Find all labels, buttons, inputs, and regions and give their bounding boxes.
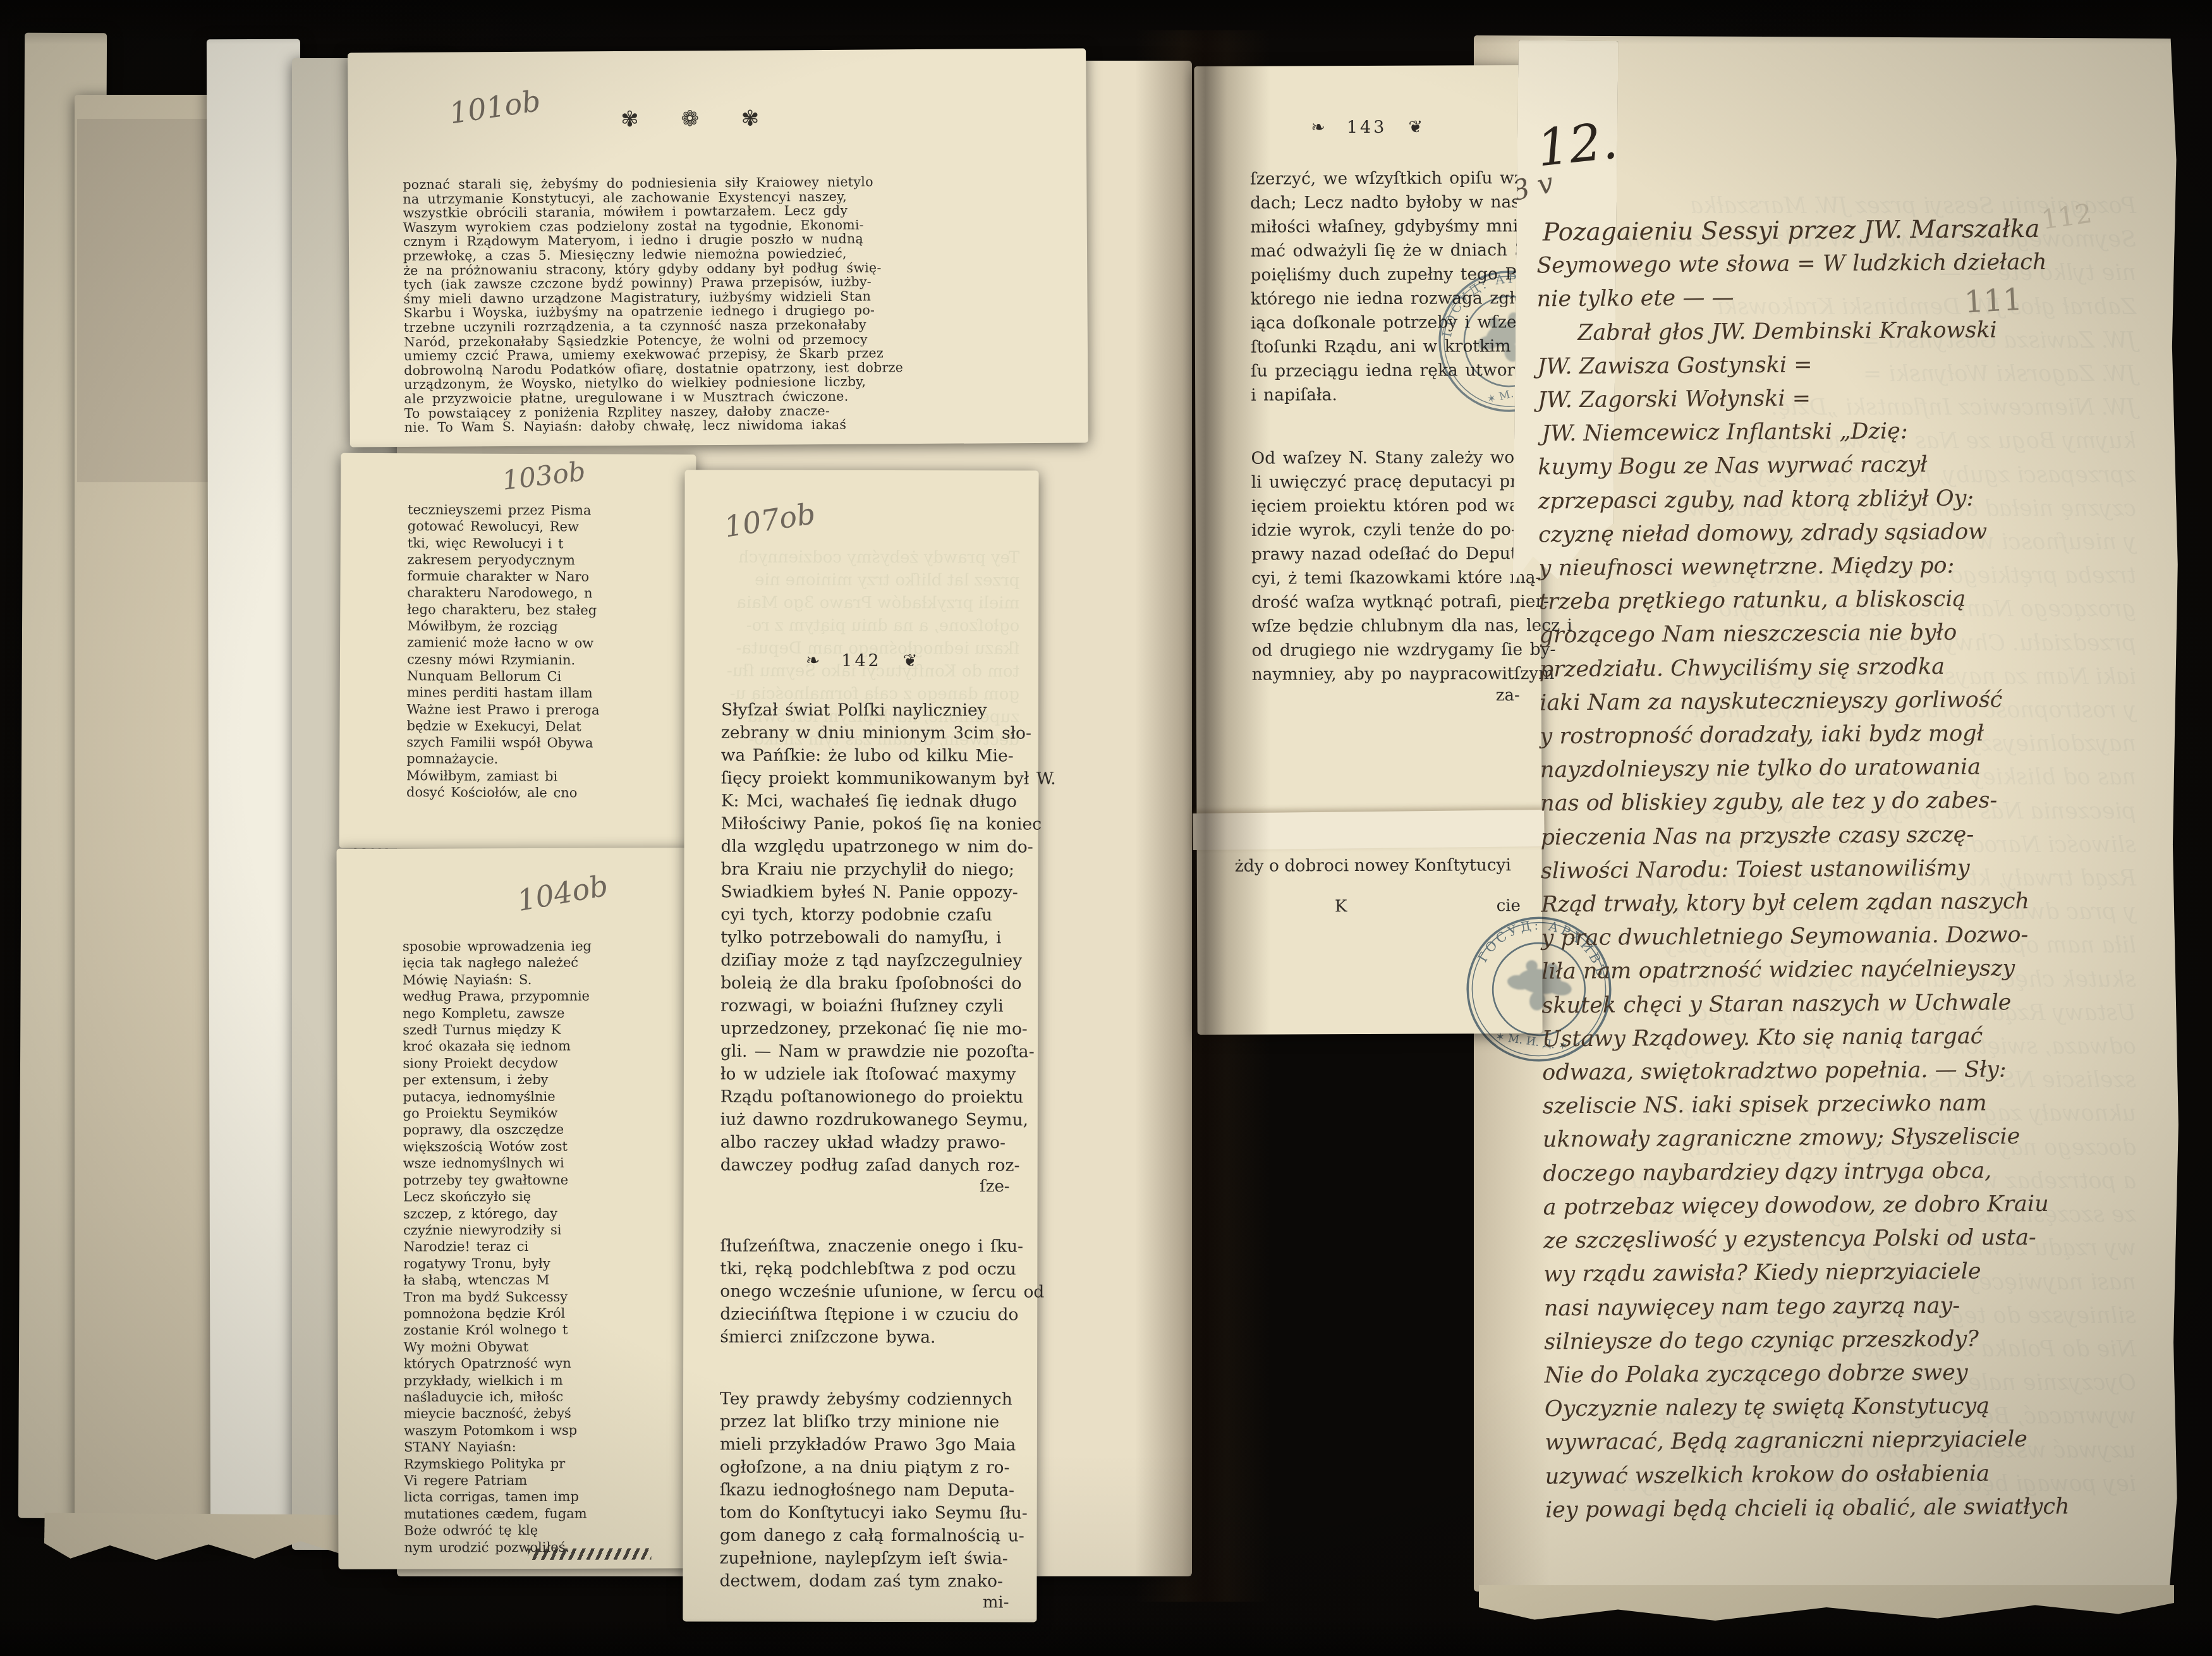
manuscript-line: skutek chęci y Staran naszych w Uchwale	[1541, 985, 2164, 1023]
text-line: dla względu upatrzonego w nim do-	[721, 836, 1011, 859]
text-line: zupełnione, naylepſzym ieſt świa-	[720, 1547, 1009, 1571]
text-line: przykłady, wielkich i m	[404, 1372, 693, 1389]
clipping-103: 103ob tecznieyszemi przez Pismagotować R…	[339, 453, 696, 849]
manuscript-line: y prac dwuchletniego Seymowania. Dozwo-	[1541, 918, 2164, 956]
text-line: tki, więc Rewolucyi i t	[408, 535, 692, 552]
text-line: szczep, z którego, day	[403, 1205, 693, 1222]
text-line: dawczey podług zaſad danych roz-	[720, 1154, 1010, 1178]
clipping-143: ❧ 143 ❦ ſzerzyć, we wſzyſtkich opiſu wzg…	[1194, 65, 1542, 1035]
manuscript-line: czyznę nieład domowy, zdrady sąsiadow	[1538, 514, 2161, 552]
text-line: onego wcześnie uſunione, w ſercu od	[720, 1281, 1009, 1304]
text-line: Narodzie! teraz ci	[403, 1238, 693, 1256]
text-line: Tron ma bydź Sukcessy	[403, 1288, 693, 1306]
overlapping-leaf-edge	[1193, 810, 1545, 850]
text-line: Mówię Nayiaśn: S.	[403, 971, 692, 989]
bleed-line: przez lat bliſko trzy minione nie	[703, 569, 1019, 592]
page-mark-103: 103ob	[501, 456, 587, 496]
text-line: dosyć Kościołów, ale cno	[406, 784, 691, 801]
text-line: boleią że dla braku ſpoſobności do	[720, 972, 1010, 995]
fleuron-ornament-icon: ✾ ❁ ✾	[595, 106, 803, 132]
page-block-edge	[1479, 1585, 2174, 1629]
text-line: zakresem peryodycznym	[408, 551, 692, 569]
text-line: dach; Lecz nadto byłoby w nas	[1250, 190, 1518, 215]
manuscript-line: nasi naywięcey nam tego zayrzą nay-	[1544, 1288, 2166, 1325]
text-line: którego nie iedna rozwaga zgłębia-	[1251, 286, 1519, 311]
signature-mark: K	[1335, 897, 1347, 916]
manuscript-line: liła nam opatrzność widziec nayćelnieysz…	[1541, 951, 2164, 989]
text-line: poięliśmy duch zupełny tego Prawa	[1250, 262, 1518, 287]
text-line: tki, ręką podchlebſtwa z pod oczu	[720, 1258, 1009, 1281]
text-line: tecznieyszemi przez Pisma	[408, 501, 692, 519]
manuscript-line: trzeba prętkiego ratunku, a bliskoscią	[1539, 581, 2161, 619]
text-line: Mówiłbym, zamiast bi	[406, 767, 691, 785]
text-line: ſłuſzeńſtwa, znaczenie onego i ſku-	[720, 1235, 1009, 1258]
book-photo: miłościąwość OponowmywaKrajowsprawwionet…	[0, 0, 2212, 1656]
text-line: ła słabą, wtenczas M	[403, 1271, 693, 1289]
text-line: będzie w Exekucyi, Delat	[406, 717, 691, 735]
text-line: Swiadkiem byłeś N. Panie oppozy-	[720, 881, 1010, 904]
text-line: Nunquam Bellorum Ci	[407, 667, 691, 685]
text-line: ſięcy proiekt kommunikowanym był W.	[721, 767, 1011, 791]
manuscript-line: Rząd trwały, ktory był celem ządan naszy…	[1541, 884, 2163, 922]
text-line: zebrany w dniu minionym 3cim sło-	[721, 722, 1011, 745]
session-number: 12.	[1534, 111, 1620, 178]
fleuron-ornament-icon: ❦	[903, 651, 918, 671]
text-line: charakteru Narodowego, n	[407, 585, 691, 602]
page-mark-104: 104ob	[514, 868, 611, 918]
text-line: wa Pańſkie: że lubo od kilku Mie-	[721, 745, 1011, 768]
text-line: Boże odwróć tę klę	[404, 1521, 693, 1539]
text-line: poprawy, dla oszczędze	[403, 1121, 693, 1139]
page-mark-101: 101ob	[447, 83, 542, 130]
manuscript-line: nie tylko ete — —	[1537, 279, 2160, 317]
fleuron-ornament-icon: ❧	[806, 651, 820, 671]
text-line: STANY Nayiaśn:	[404, 1438, 693, 1456]
manuscript-line: pieczenia Nas na przyszłe czasy szczę-	[1540, 817, 2163, 855]
catchword: ſze-	[720, 1177, 1010, 1196]
text-line: bra Kraiu nie przychylił do niego;	[720, 858, 1010, 882]
text-line: ſtoſunki Rządu, ani w krotkim cza-	[1251, 334, 1519, 359]
text-line: miłości właſney, gdybyśmy mnie-	[1250, 214, 1518, 239]
text-line: śmierci zniſzczone bywa.	[720, 1326, 1009, 1349]
text-line: i napiſała.	[1251, 382, 1519, 407]
manuscript-line: uzywać wszelkich krokow do osłabienia	[1545, 1456, 2168, 1494]
bleed-line: Tey prawdy żebyśmy codziennych	[703, 546, 1019, 569]
text-line: przez lat bliſko trzy minione nie	[720, 1411, 1009, 1434]
manuscript-line: zprzepasci zguby, nad ktorą zbliżył Oy:	[1538, 480, 2161, 518]
text-line: nego Kompletu, zawsze	[403, 1004, 692, 1022]
text-line: mutationes cædem, fugam	[404, 1505, 693, 1523]
manuscript-line: iaki Nam za nayskutecznieyszy gorliwość	[1540, 682, 2162, 720]
text-line: go Proiektu Seymików	[403, 1104, 693, 1122]
text-line: licta corrigas, tamen imp	[404, 1489, 693, 1506]
text-line: według Prawa, przypomnie	[403, 987, 692, 1005]
text-line: Rzymskiego Polityka pr	[404, 1455, 693, 1473]
fleuron-ornament-icon: ❦	[1408, 118, 1423, 137]
printed-page-header: ❧ 142 ❦	[684, 651, 1038, 671]
catchword: mi-	[719, 1593, 1009, 1612]
manuscript-line: ze szczęsliwość y ezystencya Polski od u…	[1543, 1221, 2166, 1258]
manuscript-line: sliwości Narodu: Toiest ustanowiliśmy	[1541, 850, 2163, 888]
text-line: formuie charakter w Naro	[407, 568, 691, 585]
clipping-142-paragraph-3: Tey prawdy żebyśmy codziennychprzez lat …	[719, 1388, 1009, 1593]
text-line: mać odważyli ſię że w dniach 3ch	[1250, 238, 1518, 263]
zigzag-ornament-icon	[528, 1548, 651, 1560]
text-line: łego charakteru, bez stałeg	[407, 601, 691, 619]
text-line: albo raczey układ władzy prawo-	[720, 1131, 1010, 1155]
manuscript-line: JW. Zawisza Gostynski =	[1537, 346, 2160, 384]
text-line: Lecz skończyło się	[403, 1188, 693, 1205]
partially-covered-line: żdy o dobroci nowey Konſtytucyi	[1235, 855, 1519, 876]
grey-sheet-patch	[77, 119, 213, 482]
text-line: tom do Konſtytucyi iako Seymu ſłu-	[720, 1502, 1009, 1525]
clipping-101: 101ob ✾ ❁ ✾ poznać starali się, żebyśmy …	[348, 48, 1088, 447]
manuscript-line: Pozagaieniu Sessyi przez JW. Marszałka	[1536, 212, 2159, 250]
text-line: Mówiłbym, że rozciąg	[407, 618, 691, 635]
manuscript-line: iey powagi będą chcieli ią obalić, ale s…	[1545, 1489, 2168, 1527]
text-line: idzie wyrok, czyli tenże do po-	[1251, 518, 1519, 542]
text-line: cyi, ż temi ſkazowkami które mą-	[1251, 566, 1519, 590]
text-line: kroć okazała się iednom	[403, 1038, 692, 1056]
text-line: drość waſza wytknąć potrafi, pier-	[1251, 590, 1519, 614]
bleed-line: ogłoſzone, a na dniu piątym z ro-	[703, 614, 1019, 638]
text-line: cyi tych, ktorzy podobnie czaſu	[720, 904, 1010, 927]
manuscript-line: y nieufnosci wewnętrzne. Między po:	[1538, 548, 2161, 586]
text-line: czyźnie niewyrodziły si	[403, 1221, 693, 1239]
clipping-142-paragraph-1: Słyſzał świat Polſki naylicznieyzebrany …	[720, 699, 1011, 1178]
text-line: Vi regere Patriam	[404, 1471, 693, 1489]
manuscript-line: wywracać, Będą zagraniczni nieprzyiaciel…	[1545, 1422, 2167, 1460]
manuscript-line: a potrzebaz więcey dowodow, ze dobro Kra…	[1543, 1186, 2166, 1224]
clipping-143-paragraph-1: ſzerzyć, we wſzyſtkich opiſu wzglę-dach;…	[1250, 166, 1519, 407]
manuscript-line: Oyczyznie nalezy tę swiętą Konstytucyą	[1545, 1389, 2167, 1427]
fleuron-ornament-icon: ❧	[1311, 118, 1325, 137]
text-line: wſze będzie chlubnym dla nas, lecz i	[1251, 614, 1519, 638]
page-mark-107: 107ob	[722, 496, 818, 544]
clipping-104-text: sposobie wprowadzenia iegięcia tak nagłe…	[403, 937, 694, 1556]
clipping-143-paragraph-2: Od waſzey N. Stany zależy wo-li uwięczyć…	[1251, 446, 1519, 686]
manuscript-line: kuymy Bogu ze Nas wyrwać raczył	[1538, 447, 2160, 485]
text-line: naymniey, aby po naypracowitſzym	[1252, 662, 1520, 686]
text-line: gom danego z całą formalnością u-	[720, 1525, 1009, 1548]
bleed-line: mieli przykładów Prawo 3go Maia	[703, 592, 1019, 615]
text-line: ſzerzyć, we wſzyſtkich opiſu wzglę-	[1250, 166, 1518, 191]
manuscript-line: szeliscie NS. iaki spisek przeciwko nam	[1542, 1086, 2165, 1124]
text-line: gotować Rewolucyi, Rew	[408, 518, 692, 536]
text-line: rogatywy Tronu, były	[403, 1255, 693, 1272]
manuscript-line: Zabrał głos JW. Dembinski Krakowski	[1537, 312, 2160, 350]
catchword: cie	[1497, 896, 1521, 915]
text-line: naśladuycie ich, miłośc	[404, 1388, 693, 1406]
text-line: sposobie wprowadzenia ieg	[403, 937, 692, 955]
text-line: K: Mci, wachałeś ſię iednak długo	[721, 790, 1011, 813]
text-line: wsze iednomyślnych wi	[403, 1155, 693, 1172]
text-line: uprzedzoney, przekonać ſię nie mo-	[720, 1018, 1010, 1041]
manuscript-line: JW. Niemcewicz Inflantski „Dzię:	[1538, 413, 2160, 451]
clipping-142: Tey prawdy żebyśmy codziennychprzez lat …	[683, 470, 1038, 1623]
text-line: Wy możni Obywat	[404, 1338, 693, 1356]
text-line: iąca doſkonale potrzeby i wſzelkie	[1251, 310, 1519, 335]
printed-page-number: 143	[1347, 118, 1387, 137]
text-line: szych Familii współ Obywa	[406, 734, 691, 752]
text-line: mieli przykładów Prawo 3go Maia	[720, 1434, 1009, 1457]
text-line: Miłościwy Panie, pokoś ſię na koniec	[721, 813, 1011, 836]
text-line: zamienić może łacno w ow	[407, 635, 691, 652]
text-line: mieycie baczność, żebyś	[404, 1405, 693, 1423]
manuscript-line: grozącego Nam nieszczescia nie było	[1539, 615, 2161, 653]
text-line: od drugiego nie wzdrygamy ſie by-	[1251, 638, 1519, 662]
text-line: potrzeby tey gwałtowne	[403, 1171, 693, 1189]
manuscript-line: Seymowego wte słowa = W ludzkich dziełac…	[1536, 245, 2159, 283]
printed-page-number: 142	[841, 651, 882, 671]
text-line: gli. — Nam w prawdzie nie pozoſta-	[720, 1040, 1010, 1064]
signature-row: K cie	[1253, 896, 1521, 916]
manuscript-line: wy rządu zawisła? Kiedy nieprzyiaciele	[1543, 1254, 2166, 1292]
text-line: siony Proiekt decydow	[403, 1054, 692, 1072]
text-line: rozwagi, w boiaźni ſłuſzney czyli	[720, 995, 1010, 1018]
text-line: pomnożona będzie Król	[403, 1305, 693, 1322]
text-line: Słyſzał świat Polſki nayliczniey	[721, 699, 1011, 722]
manuscript-line: przedziału. Chwyciliśmy się srzodka	[1540, 648, 2162, 686]
manuscript-line: nayzdolnieyszy nie tylko do uratowania	[1540, 750, 2163, 788]
text-line: Rządu poſtanowionego do proiektu	[720, 1086, 1010, 1109]
text-line: większością Wotów zost	[403, 1138, 693, 1155]
white-sheet	[207, 39, 304, 1536]
manuscript-line: y rostropność doradzały, iaki bydz mogł	[1540, 716, 2162, 754]
text-line: ło w udziele iak ſtoſować maxymy	[720, 1063, 1010, 1087]
manuscript-line: uknowały zagraniczne zmowy; Słyszeliscie	[1543, 1119, 2165, 1157]
text-line: ięciem proiektu któren pod waſz	[1251, 494, 1519, 518]
text-line: li uwięczyć pracę deputacyi przy-	[1251, 470, 1519, 494]
text-line: per extensum, i żeby	[403, 1071, 692, 1089]
text-line: czesny mówi Rzymianin.	[407, 651, 691, 669]
manuscript-line: JW. Zagorski Wołynski =	[1538, 380, 2160, 418]
text-line: Ważne iest Prawo i preroga	[407, 701, 691, 719]
text-line: ięcia tak nagłego należeć	[403, 954, 692, 972]
text-line: zostanie Król wolnego t	[403, 1322, 693, 1339]
manuscript-line: Ustawy Rządowey. Kto się nanią targać	[1542, 1018, 2165, 1056]
catchword: za-	[1252, 686, 1520, 705]
text-line: dectwem, dodam zaś tym znako-	[719, 1570, 1009, 1593]
text-line: Od waſzey N. Stany zależy wo-	[1251, 446, 1519, 470]
clipping-103-text: tecznieyszemi przez Pismagotować Rewoluc…	[406, 501, 692, 801]
manuscript-line: nas od bliskiey zguby, ale tez y do zabe…	[1540, 783, 2163, 821]
printed-page-header: ❧ 143 ❦	[1194, 117, 1540, 138]
text-line: iuż dawno rozdrukowanego Seymu,	[720, 1109, 1010, 1132]
text-line: ſu przeciągu iedna ręka utworzyła	[1251, 358, 1519, 383]
text-line: pomnażaycie.	[406, 751, 691, 769]
manuscript-line: odwaza, swiętokradztwo popełnia. — Sły:	[1542, 1052, 2165, 1090]
text-line: prawy nazad odeſłać do Deputa-	[1251, 542, 1519, 566]
text-line: waszym Potomkom i wsp	[404, 1422, 693, 1439]
clipping-101-text: poznać starali się, żebyśmy do podniesie…	[403, 174, 1035, 435]
text-line: tylko potrzebowali do namyſłu, i	[720, 927, 1010, 950]
text-line: dziſiay może z tąd nayſzczegulniey	[720, 949, 1010, 973]
text-line: putacya, iednomyślnie	[403, 1088, 693, 1105]
text-line: ogłoſzone, a na dniu piątym z ro-	[720, 1456, 1009, 1480]
manuscript-line: silnieysze do tego czyniąc przeszkody?	[1544, 1321, 2166, 1359]
text-line: mines perditi hastam illam	[407, 685, 691, 702]
manuscript-line: doczego naybardziey dązy intryga obca,	[1543, 1153, 2165, 1191]
page-edge-sheet	[44, 1513, 374, 1571]
manuscript-line: Nie do Polaka zyczącego dobrze swey	[1544, 1355, 2166, 1392]
text-line: nie. To Wam S. Nayiaśn: dałoby chwałę, l…	[404, 417, 1035, 435]
text-line: których Opatrzność wyn	[404, 1355, 693, 1372]
text-line: Tey prawdy żebyśmy codziennych	[720, 1388, 1009, 1411]
manuscript-text: Pozagaieniu Sessyi przez JW. MarszałkaSe…	[1536, 212, 2168, 1528]
text-line: szedł Turnus między K	[403, 1021, 692, 1038]
clipping-104: 104ob sposobie wprowadzenia iegięcia tak…	[337, 848, 696, 1569]
text-line: dziecińſtwa ſtępione i w czuciu do	[720, 1303, 1009, 1327]
clipping-142-paragraph-2: ſłuſzeńſtwa, znaczenie onego i ſku-tki, …	[720, 1235, 1009, 1349]
text-line: ſkazu iednogłośnego nam Deputa-	[720, 1479, 1009, 1502]
